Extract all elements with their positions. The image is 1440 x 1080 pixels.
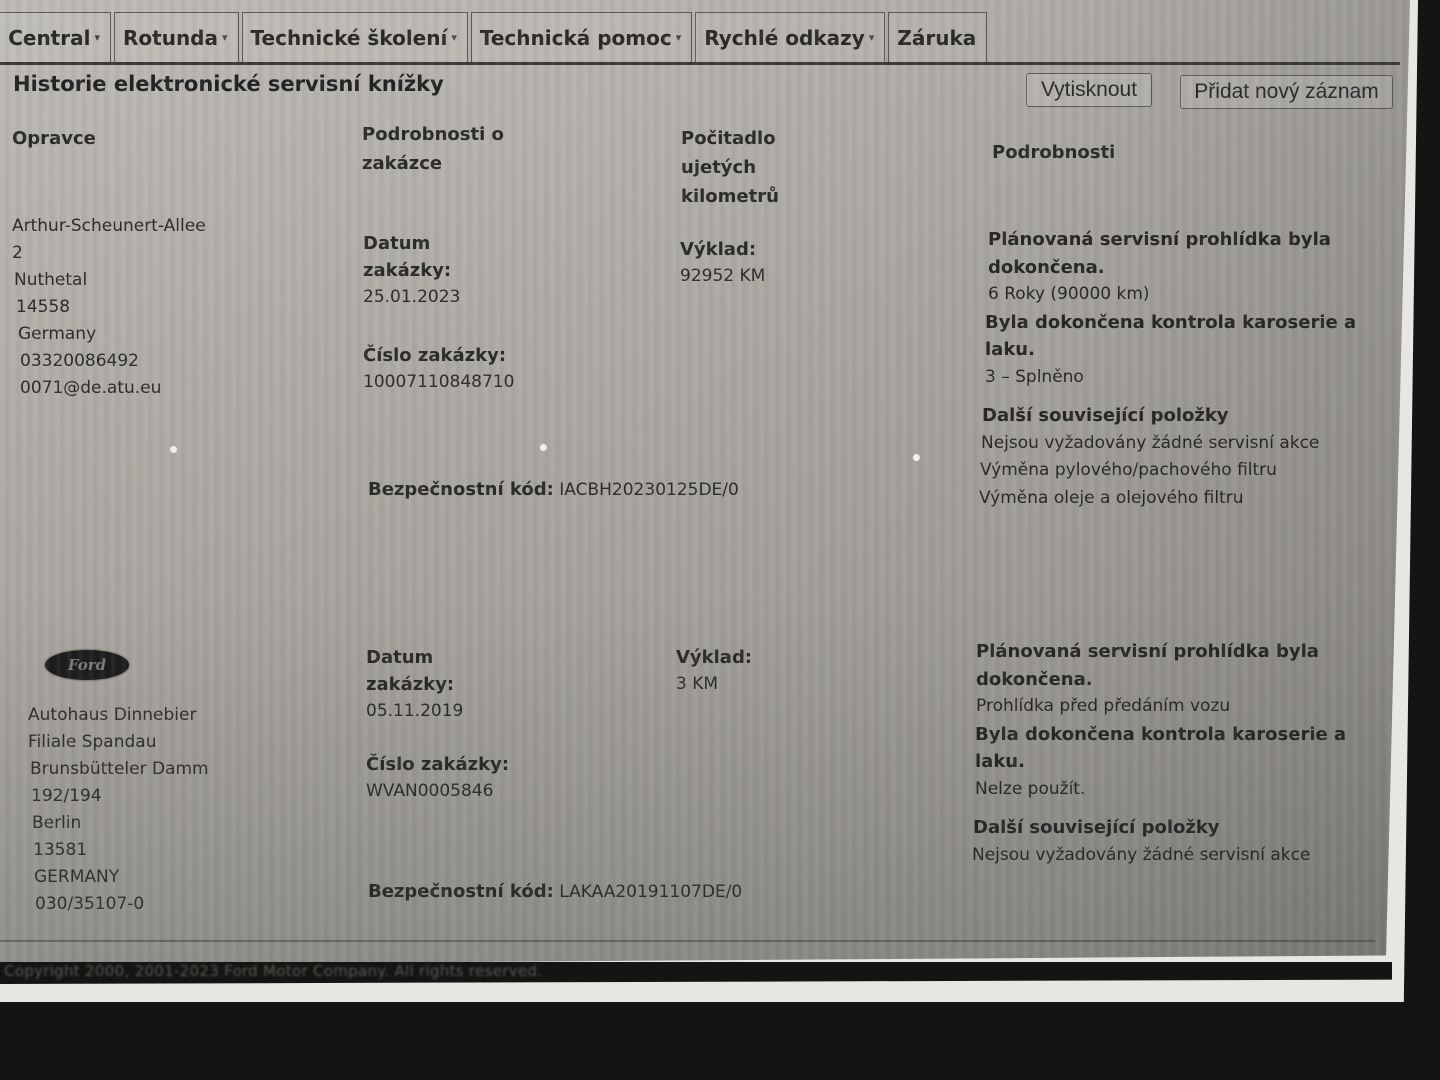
record-1-repairer-address: Arthur-Scheunert-Allee 2 Nuthetal 14558 … xyxy=(12,213,206,402)
ford-logo-icon: Ford xyxy=(45,650,129,680)
chevron-down-icon: ▾ xyxy=(222,31,228,44)
column-header-repairer: Opravce xyxy=(12,124,96,153)
record-1-details: Plánovaná servisní prohlídka byla dokonč… xyxy=(988,226,1356,512)
page-sheet: h Central ▾ Rotunda ▾ Technické školení … xyxy=(0,0,1410,985)
related-item: Výměna pylového/pachového filtru xyxy=(980,457,1356,485)
tab-label: Rotunda xyxy=(123,26,218,50)
tab-central[interactable]: h Central ▾ xyxy=(0,12,111,62)
record-2-order-number: Číslo zakázky: WVAN0005846 xyxy=(366,751,509,805)
tab-label: Technická pomoc xyxy=(480,26,672,50)
tab-technical-training[interactable]: Technické školení ▾ xyxy=(242,12,468,62)
record-1-odometer: Výklad: 92952 KM xyxy=(680,236,765,290)
record-1-security-code: Bezpečnostní kód: IACBH20230125DE/0 xyxy=(368,476,739,504)
top-nav: h Central ▾ Rotunda ▾ Technické školení … xyxy=(0,4,1400,65)
column-header-details: Podrobnosti xyxy=(992,138,1115,167)
tab-label: Rychlé odkazy xyxy=(704,26,865,50)
page-title: Historie elektronické servisní knížky xyxy=(13,72,444,96)
chevron-down-icon: ▾ xyxy=(676,31,682,44)
record-2-odometer: Výklad: 3 KM xyxy=(676,644,752,698)
tab-label: Záruka xyxy=(897,26,976,50)
column-header-order-details: Podrobnosti o zakázce xyxy=(362,120,504,178)
tab-rotunda[interactable]: Rotunda ▾ xyxy=(114,12,239,62)
print-button[interactable]: Vytisknout xyxy=(1026,73,1152,107)
record-2-order-date: Datum zakázky: 05.11.2019 xyxy=(366,644,463,725)
related-item: Nejsou vyžadovány žádné servisní akce xyxy=(981,430,1356,458)
record-1-order-date: Datum zakázky: 25.01.2023 xyxy=(363,230,460,311)
record-2-security-code: Bezpečnostní kód: LAKAA20191107DE/0 xyxy=(368,878,742,906)
tab-label: h Central xyxy=(0,26,90,50)
tab-warranty[interactable]: Záruka xyxy=(888,12,987,62)
related-item: Nejsou vyžadovány žádné servisní akce xyxy=(972,842,1346,870)
tab-technical-help[interactable]: Technická pomoc ▾ xyxy=(471,12,692,62)
divider xyxy=(0,940,1375,942)
chevron-down-icon: ▾ xyxy=(451,31,457,44)
photo-speck xyxy=(913,454,920,461)
record-2-details: Plánovaná servisní prohlídka byla dokonč… xyxy=(976,638,1346,869)
record-1-order-number: Číslo zakázky: 10007110848710 xyxy=(363,342,514,396)
footer-copyright: Copyright 2000, 2001-2023 Ford Motor Com… xyxy=(4,962,542,980)
chevron-down-icon: ▾ xyxy=(869,31,875,44)
column-header-odometer: Počitadlo ujetých kilometrů xyxy=(681,124,779,211)
related-item: Výměna oleje a olejového filtru xyxy=(979,485,1356,513)
photo-speck xyxy=(540,444,547,451)
tab-label: Technické školení xyxy=(251,26,448,50)
photo-speck xyxy=(170,446,177,453)
add-record-button[interactable]: Přidat nový záznam xyxy=(1180,75,1393,109)
chevron-down-icon: ▾ xyxy=(94,31,100,44)
tab-quick-links[interactable]: Rychlé odkazy ▾ xyxy=(695,12,885,62)
record-2-repairer-address: Autohaus Dinnebier Filiale Spandau Bruns… xyxy=(28,702,209,918)
